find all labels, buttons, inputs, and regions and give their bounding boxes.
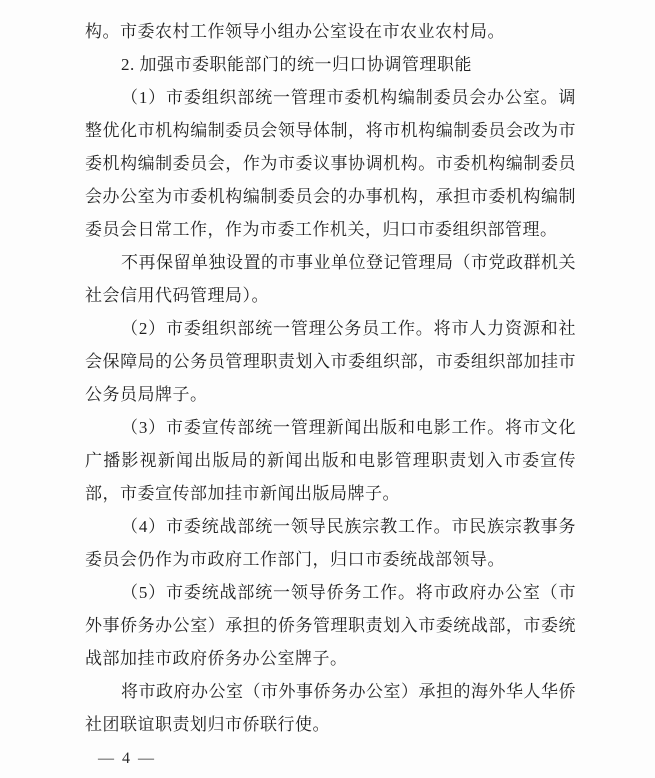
paragraph-item-1-note: 不再保留单独设置的市事业单位登记管理局（市党政群机关社会信用代码管理局）。 xyxy=(85,246,576,312)
document-body: 构。市委农村工作领导小组办公室设在市农业农村局。 2. 加强市委职能部门的统一归… xyxy=(85,15,576,741)
paragraph-continuation: 构。市委农村工作领导小组办公室设在市农业农村局。 xyxy=(85,15,576,48)
section-heading-2: 2. 加强市委职能部门的统一归口协调管理职能 xyxy=(85,48,576,81)
paragraph-item-5: （5）市委统战部统一领导侨务工作。将市政府办公室（市外事侨务办公室）承担的侨务管… xyxy=(85,576,576,675)
paragraph-item-3: （3）市委宣传部统一管理新闻出版和电影工作。将市文化广播影视新闻出版局的新闻出版… xyxy=(85,411,576,510)
paragraph-item-2: （2）市委组织部统一管理公务员工作。将市人力资源和社会保障局的公务员管理职责划入… xyxy=(85,312,576,411)
paragraph-item-5-note: 将市政府办公室（市外事侨务办公室）承担的海外华人华侨社团联谊职责划归市侨联行使。 xyxy=(85,675,576,741)
paragraph-item-1: （1）市委组织部统一管理市委机构编制委员会办公室。调整优化市机构编制委员会领导体… xyxy=(85,81,576,246)
document-page: 构。市委农村工作领导小组办公室设在市农业农村局。 2. 加强市委职能部门的统一归… xyxy=(0,0,655,778)
paragraph-item-4: （4）市委统战部统一领导民族宗教工作。市民族宗教事务委员会仍作为市政府工作部门，… xyxy=(85,510,576,576)
page-footer: — 4 — xyxy=(98,742,156,775)
page-number: — 4 — xyxy=(98,742,156,775)
